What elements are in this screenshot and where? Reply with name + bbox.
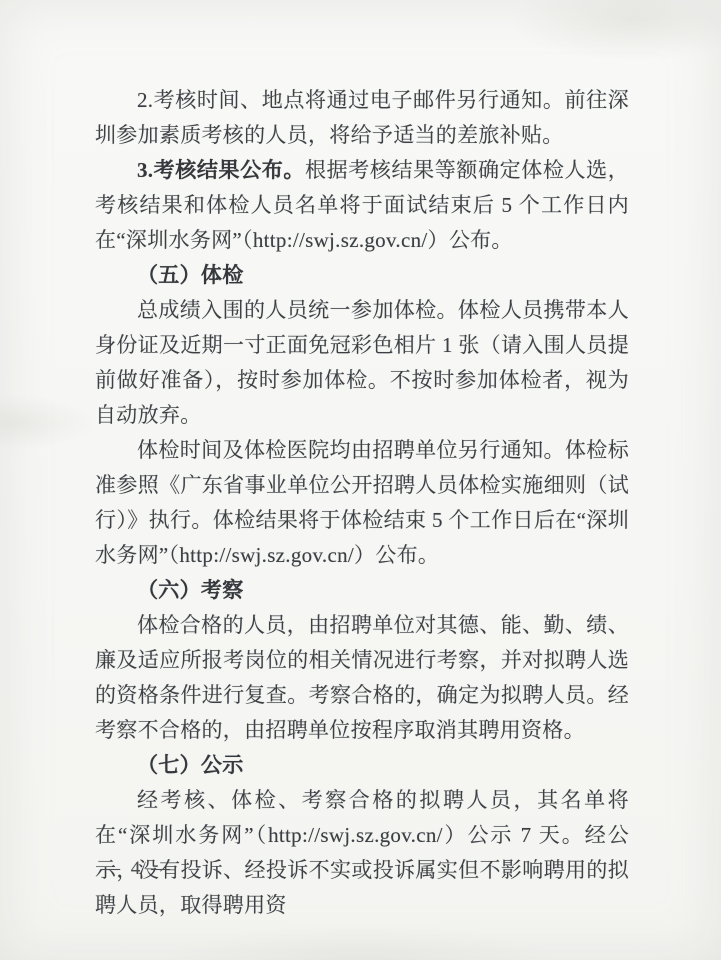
bold-text-run: （七）公示 <box>137 753 244 777</box>
section-heading: （七）公示 <box>95 748 629 783</box>
body-paragraph: 总成绩入围的人员统一参加体检。体检人员携带本人身份证及近期一寸正面免冠彩色相片 … <box>95 293 629 433</box>
body-paragraph: 体检合格的人员，由招聘单位对其德、能、勤、绩、廉及适应所报考岗位的相关情况进行考… <box>95 608 629 748</box>
body-paragraph: 3.考核结果公布。根据考核结果等额确定体检人选，考核结果和体检人员名单将于面试结… <box>95 153 629 258</box>
scanned-document-page: 2.考核时间、地点将通过电子邮件另行通知。前往深圳参加素质考核的人员，将给予适当… <box>0 0 721 960</box>
body-paragraph: 2.考核时间、地点将通过电子邮件另行通知。前往深圳参加素质考核的人员，将给予适当… <box>95 83 629 153</box>
page-number: — 4 — <box>101 855 173 883</box>
document-body: 2.考核时间、地点将通过电子邮件另行通知。前往深圳参加素质考核的人员，将给予适当… <box>95 83 629 923</box>
section-heading: （五）体检 <box>95 258 629 293</box>
text-run: 2.考核时间、地点将通过电子邮件另行通知。前往深圳参加素质考核的人员，将给予适当… <box>95 88 629 147</box>
text-run: 体检合格的人员，由招聘单位对其德、能、勤、绩、廉及适应所报考岗位的相关情况进行考… <box>95 613 629 742</box>
section-heading: （六）考察 <box>95 573 629 608</box>
bold-text-run: 3.考核结果公布。 <box>137 158 305 182</box>
bold-text-run: （五）体检 <box>137 263 244 287</box>
text-run: 体检时间及体检医院均由招聘单位另行通知。体检标准参照《广东省事业单位公开招聘人员… <box>95 438 629 567</box>
body-paragraph: 经考核、体检、考察合格的拟聘人员，其名单将在“深圳水务网”（http://swj… <box>95 783 629 923</box>
text-run: 经考核、体检、考察合格的拟聘人员，其名单将在“深圳水务网”（http://swj… <box>95 788 629 917</box>
text-run: 总成绩入围的人员统一参加体检。体检人员携带本人身份证及近期一寸正面免冠彩色相片 … <box>95 298 629 427</box>
body-paragraph: 体检时间及体检医院均由招聘单位另行通知。体检标准参照《广东省事业单位公开招聘人员… <box>95 433 629 573</box>
bold-text-run: （六）考察 <box>137 578 244 602</box>
